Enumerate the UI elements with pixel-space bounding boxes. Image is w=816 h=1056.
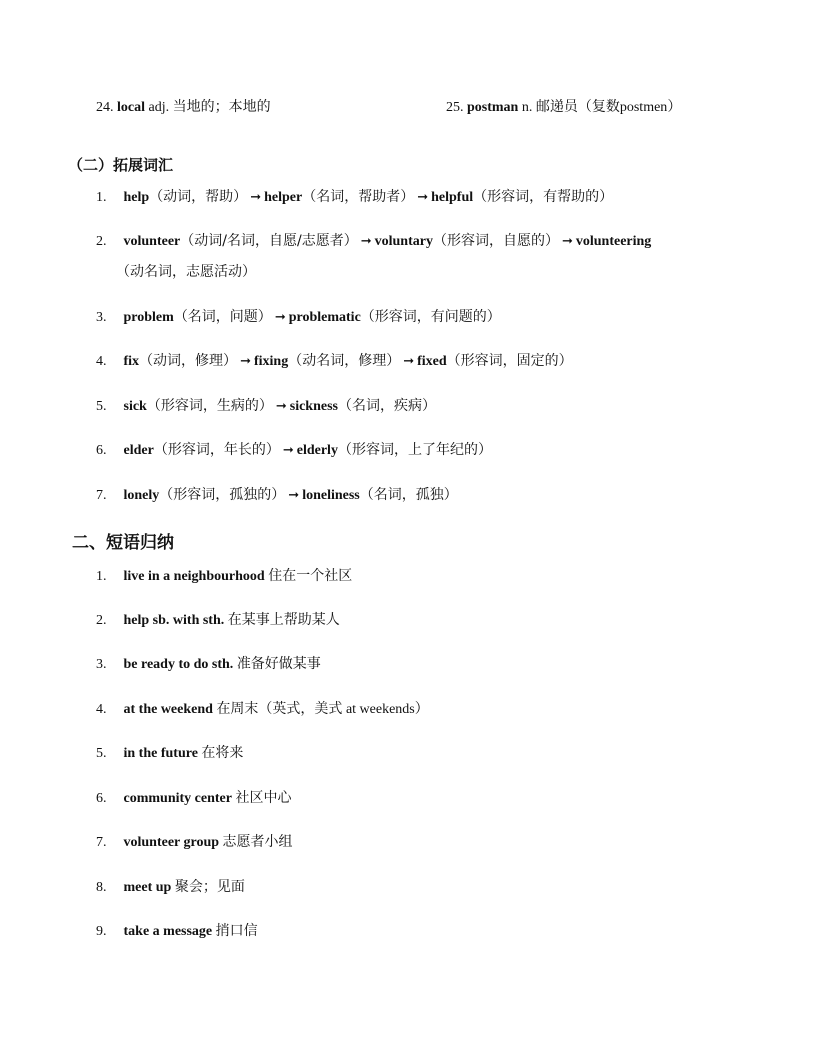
word-gloss: （形容词，有帮助的） xyxy=(473,189,613,205)
phrase-meaning: 在将来 xyxy=(201,745,243,761)
item-number: 5. xyxy=(96,399,120,415)
item-number: 1. xyxy=(96,190,120,206)
phrase-text: help sb. with sth. xyxy=(124,613,225,628)
word-gloss: （形容词，自愿的） xyxy=(433,233,559,249)
phrase-meaning: 社区中心 xyxy=(235,790,291,806)
phrase-meaning: 志愿者小组 xyxy=(223,834,293,850)
vocab-word: local xyxy=(117,100,145,115)
word-gloss: （名词，疾病） xyxy=(338,398,436,414)
arrow-right-icon: ➞ xyxy=(361,234,372,249)
word-gloss: （名词，帮助者） xyxy=(302,189,414,205)
word-form: helper xyxy=(264,190,302,205)
phrase-text: at the weekend xyxy=(124,702,213,717)
arrow-right-icon: ➞ xyxy=(417,190,428,205)
word-gloss: （名词，孤独） xyxy=(360,487,458,503)
phrase-item-9: 9. take a message 捎口信 xyxy=(96,920,258,940)
extended-item-3: 3. problem（名词，问题）➞problematic（形容词，有问题的） xyxy=(96,306,501,326)
item-number: 4. xyxy=(96,354,120,370)
item-number: 3. xyxy=(96,310,120,326)
vocab-meaning: 当地的；本地的 xyxy=(173,99,271,115)
arrow-right-icon: ➞ xyxy=(403,354,414,369)
word-form: loneliness xyxy=(302,488,360,503)
word-gloss: （动词/名词，自愿/志愿者） xyxy=(180,233,357,249)
item-number: 7. xyxy=(96,835,120,851)
phrase-item-5: 5. in the future 在将来 xyxy=(96,742,243,762)
word-form: fixing xyxy=(254,354,288,369)
section-title-extended-vocab: （二）拓展词汇 xyxy=(68,154,173,175)
word-form: problem xyxy=(124,310,174,325)
arrow-right-icon: ➞ xyxy=(283,443,294,458)
word-form: elderly xyxy=(297,443,338,458)
item-number: 4. xyxy=(96,702,120,718)
phrase-meaning: 捎口信 xyxy=(216,923,258,939)
word-form: volunteer xyxy=(124,234,181,249)
word-gloss: （形容词，年长的） xyxy=(154,442,280,458)
word-gloss: （形容词，固定的） xyxy=(447,353,573,369)
arrow-right-icon: ➞ xyxy=(562,234,573,249)
phrase-item-4: 4. at the weekend 在周末（英式，美式 at weekends） xyxy=(96,698,429,718)
phrase-text: in the future xyxy=(124,746,198,761)
extended-item-6: 6. elder（形容词，年长的）➞elderly（形容词，上了年纪的） xyxy=(96,439,492,459)
plural-form: postmen xyxy=(620,100,667,115)
word-form: help xyxy=(124,190,150,205)
extended-item-2-continued: （动名词，志愿活动） xyxy=(116,261,256,281)
word-form: problematic xyxy=(289,310,361,325)
arrow-right-icon: ➞ xyxy=(288,488,299,503)
word-gloss: （动名词，修理） xyxy=(288,353,400,369)
item-number: 6. xyxy=(96,443,120,459)
item-number: 25. xyxy=(446,100,464,115)
phrase-text: be ready to do sth. xyxy=(124,657,234,672)
word-gloss: （动名词，志愿活动） xyxy=(116,264,256,280)
phrase-text: community center xyxy=(124,791,232,806)
word-form: volunteering xyxy=(576,234,651,249)
phrase-variant: at weekends xyxy=(346,702,415,717)
section-title-phrases: 二、短语归纳 xyxy=(72,528,174,553)
item-number: 7. xyxy=(96,488,120,504)
word-form: helpful xyxy=(431,190,473,205)
phrase-text: take a message xyxy=(124,924,213,939)
arrow-right-icon: ➞ xyxy=(275,310,286,325)
word-form: lonely xyxy=(124,488,160,503)
item-number: 3. xyxy=(96,657,120,673)
vocab-item-25: 25. postman n. 邮递员（复数postmen） xyxy=(446,96,681,116)
word-form: fix xyxy=(124,354,140,369)
item-number: 9. xyxy=(96,924,120,940)
phrase-meaning: 住在一个社区 xyxy=(268,568,352,584)
item-number: 2. xyxy=(96,613,120,629)
arrow-right-icon: ➞ xyxy=(276,399,287,414)
phrase-meaning: 准备好做某事 xyxy=(237,656,321,672)
phrase-item-2: 2. help sb. with sth. 在某事上帮助某人 xyxy=(96,609,340,629)
word-form: fixed xyxy=(417,354,447,369)
extended-item-2: 2. volunteer（动词/名词，自愿/志愿者）➞voluntary（形容词… xyxy=(96,230,651,250)
phrase-text: volunteer group xyxy=(124,835,220,850)
word-gloss: （形容词，孤独的） xyxy=(159,487,285,503)
word-form: sick xyxy=(124,399,147,414)
item-number: 1. xyxy=(96,569,120,585)
word-form: elder xyxy=(124,443,154,458)
vocab-meaning: 邮递员（复数 xyxy=(536,99,620,115)
extended-item-5: 5. sick（形容词，生病的）➞sickness（名词，疾病） xyxy=(96,395,436,415)
arrow-right-icon: ➞ xyxy=(250,190,261,205)
word-gloss: （形容词，有问题的） xyxy=(361,309,501,325)
arrow-right-icon: ➞ xyxy=(240,354,251,369)
extended-item-4: 4. fix（动词，修理）➞fixing（动名词，修理）➞fixed（形容词，固… xyxy=(96,350,573,370)
close-paren: ） xyxy=(667,99,681,115)
part-of-speech: adj. xyxy=(149,100,170,115)
item-number: 2. xyxy=(96,234,120,250)
word-gloss: （形容词，生病的） xyxy=(147,398,273,414)
phrase-item-7: 7. volunteer group 志愿者小组 xyxy=(96,831,293,851)
word-gloss: （形容词，上了年纪的） xyxy=(338,442,492,458)
phrase-meaning: 聚会；见面 xyxy=(175,879,245,895)
extended-item-1: 1. help（动词，帮助）➞helper（名词，帮助者）➞helpful（形容… xyxy=(96,186,613,206)
word-gloss: （名词，问题） xyxy=(174,309,272,325)
extended-item-7: 7. lonely（形容词，孤独的）➞loneliness（名词，孤独） xyxy=(96,484,458,504)
item-number: 5. xyxy=(96,746,120,762)
word-form: sickness xyxy=(290,399,338,414)
phrase-item-6: 6. community center 社区中心 xyxy=(96,787,291,807)
item-number: 6. xyxy=(96,791,120,807)
phrase-text: meet up xyxy=(124,880,172,895)
phrase-text: live in a neighbourhood xyxy=(124,569,265,584)
word-gloss: （动词，修理） xyxy=(139,353,237,369)
phrase-item-3: 3. be ready to do sth. 准备好做某事 xyxy=(96,653,321,673)
word-form: voluntary xyxy=(375,234,433,249)
phrase-meaning: 在某事上帮助某人 xyxy=(228,612,340,628)
phrase-meaning: 在周末（英式，美式 xyxy=(216,701,342,717)
word-gloss: （动词，帮助） xyxy=(149,189,247,205)
phrase-item-8: 8. meet up 聚会；见面 xyxy=(96,876,245,896)
vocab-item-24: 24. local adj. 当地的；本地的 xyxy=(96,96,271,116)
close-paren: ） xyxy=(415,701,429,717)
item-number: 24. xyxy=(96,100,114,115)
vocab-word: postman xyxy=(467,100,518,115)
item-number: 8. xyxy=(96,880,120,896)
part-of-speech: n. xyxy=(522,100,533,115)
phrase-item-1: 1. live in a neighbourhood 住在一个社区 xyxy=(96,565,352,585)
